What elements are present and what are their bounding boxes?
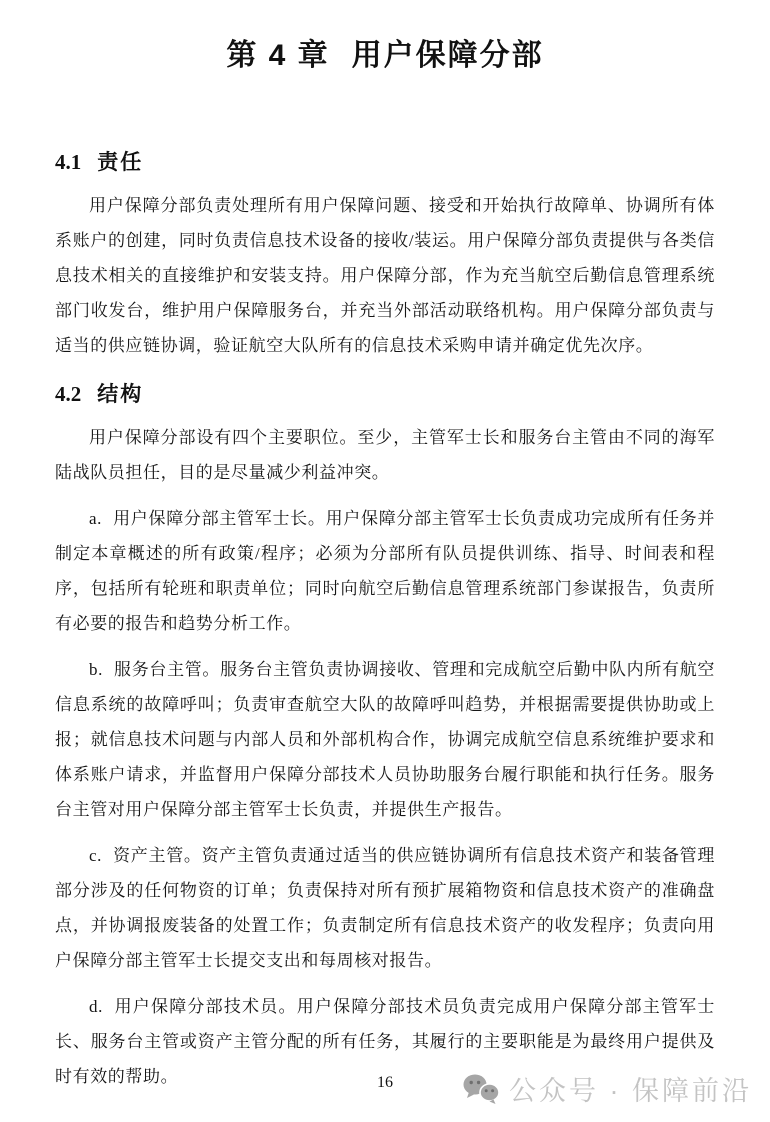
item-label: d. [89, 997, 103, 1016]
section-structure: 4.2结构 用户保障分部设有四个主要职位。至少，主管军士长和服务台主管由不同的海… [55, 380, 715, 1094]
watermark-text: 公众号 · 保障前沿 [509, 1069, 752, 1108]
watermark: 公众号 · 保障前沿 [462, 1069, 752, 1108]
list-item-c: c.资产主管。资产主管负责通过适当的供应链协调所有信息技术资产和装备管理部分涉及… [55, 838, 715, 978]
chapter-name: 用户保障分部 [352, 39, 544, 72]
section-number: 4.2 [55, 382, 81, 406]
item-label: c. [89, 846, 102, 865]
wechat-icon [462, 1073, 500, 1105]
section-title: 结构 [97, 383, 143, 406]
chapter-number: 第 4 章 [226, 39, 329, 72]
item-text: 服务台主管。服务台主管负责协调接收、管理和完成航空后勤中队内所有航空信息系统的故… [55, 660, 715, 819]
list-item-a: a.用户保障分部主管军士长。用户保障分部主管军士长负责成功完成所有任务并制定本章… [55, 501, 715, 641]
section-heading-4-1: 4.1责任 [55, 148, 715, 177]
section-responsibility: 4.1责任 用户保障分部负责处理所有用户保障问题、接受和开始执行故障单、协调所有… [55, 148, 715, 363]
item-label: a. [89, 509, 102, 528]
section-number: 4.1 [55, 150, 81, 174]
section-heading-4-2: 4.2结构 [55, 380, 715, 409]
document-page: 第 4 章用户保障分部 4.1责任 用户保障分部负责处理所有用户保障问题、接受和… [0, 0, 770, 1122]
section-title: 责任 [97, 151, 143, 174]
item-label: b. [89, 660, 103, 679]
paragraph-responsibility: 用户保障分部负责处理所有用户保障问题、接受和开始执行故障单、协调所有体系账户的创… [55, 188, 715, 363]
chapter-title: 第 4 章用户保障分部 [55, 34, 715, 78]
item-text: 用户保障分部主管军士长。用户保障分部主管军士长负责成功完成所有任务并制定本章概述… [55, 509, 715, 633]
list-item-b: b.服务台主管。服务台主管负责协调接收、管理和完成航空后勤中队内所有航空信息系统… [55, 652, 715, 827]
paragraph-structure-intro: 用户保障分部设有四个主要职位。至少，主管军士长和服务台主管由不同的海军陆战队员担… [55, 420, 715, 490]
item-text: 资产主管。资产主管负责通过适当的供应链协调所有信息技术资产和装备管理部分涉及的任… [55, 846, 715, 970]
